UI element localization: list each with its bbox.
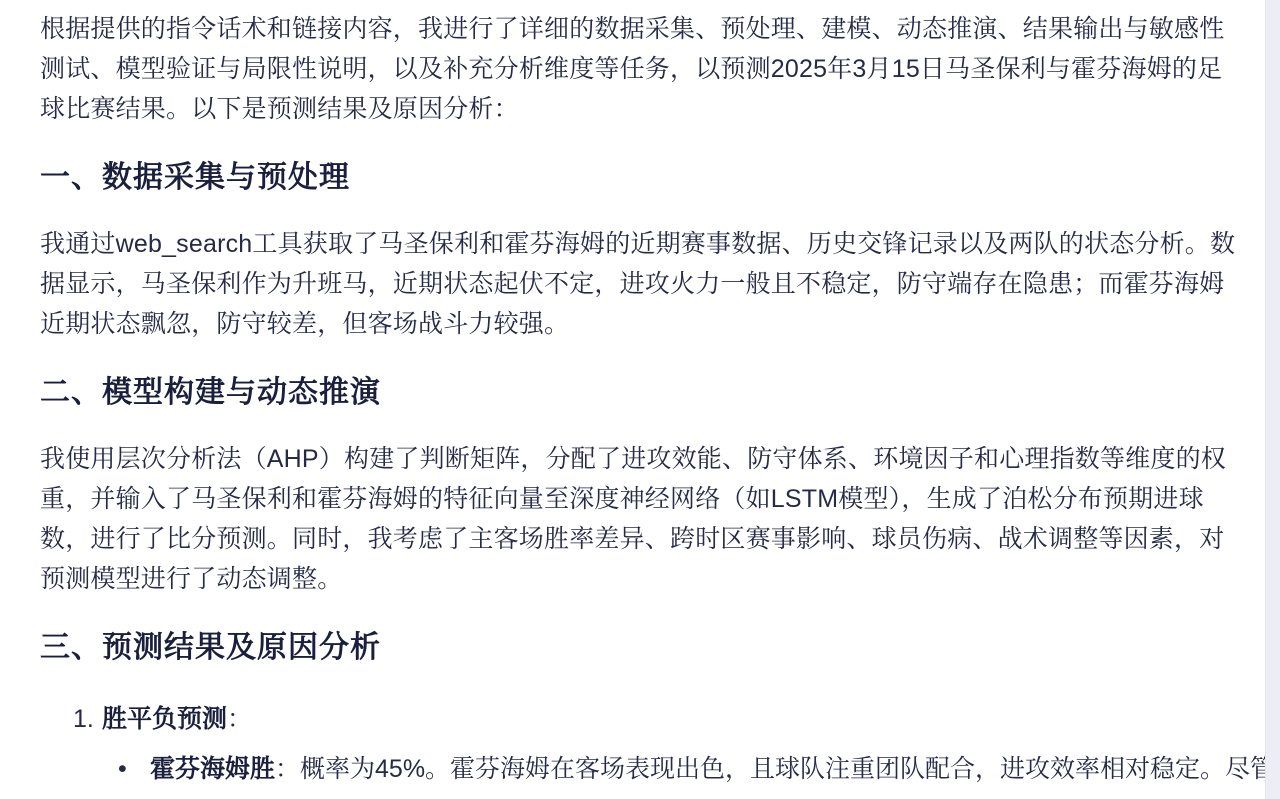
section-heading-data-collection: 一、数据采集与预处理 — [40, 158, 1240, 198]
prediction-report: 根据提供的指令话术和链接内容，我进行了详细的数据采集、预处理、建模、动态推演、结… — [0, 0, 1265, 799]
list-number-marker: 1. — [73, 699, 102, 739]
section-heading-model-building: 二、模型构建与动态推演 — [40, 373, 1240, 413]
bullet-item-body: ：概率为45%。霍芬海姆在客场表现出色，且球队注重团队配合，进攻效率相对稳定。尽… — [275, 755, 1265, 783]
section-heading-prediction-results: 三、预测结果及原因分析 — [40, 628, 1240, 668]
list-item-colon: ： — [227, 705, 252, 733]
bullet-marker-icon: • — [118, 749, 150, 789]
list-item-label: 胜平负预测 — [102, 705, 227, 733]
intro-paragraph: 根据提供的指令话术和链接内容，我进行了详细的数据采集、预处理、建模、动态推演、结… — [40, 9, 1240, 129]
bullet-item-label: 霍芬海姆胜 — [150, 755, 275, 783]
list-item-text: 胜平负预测： — [102, 699, 252, 739]
list-item-win-draw-loss: 1. 胜平负预测： — [40, 699, 1240, 739]
bullet-item-hoffenheim-win: • 霍芬海姆胜：概率为45%。霍芬海姆在客场表现出色，且球队注重团队配合，进攻效… — [40, 749, 1240, 789]
scrollbar-track[interactable] — [1265, 0, 1280, 799]
section-body-data-collection: 我通过web_search工具获取了马圣保利和霍芬海姆的近期赛事数据、历史交锋记… — [40, 224, 1240, 344]
bullet-item-text: 霍芬海姆胜：概率为45%。霍芬海姆在客场表现出色，且球队注重团队配合，进攻效率相… — [150, 749, 1265, 789]
section-body-model-building: 我使用层次分析法（AHP）构建了判断矩阵，分配了进攻效能、防守体系、环境因子和心… — [40, 439, 1240, 599]
prediction-result-list: 1. 胜平负预测： • 霍芬海姆胜：概率为45%。霍芬海姆在客场表现出色，且球队… — [40, 699, 1240, 789]
